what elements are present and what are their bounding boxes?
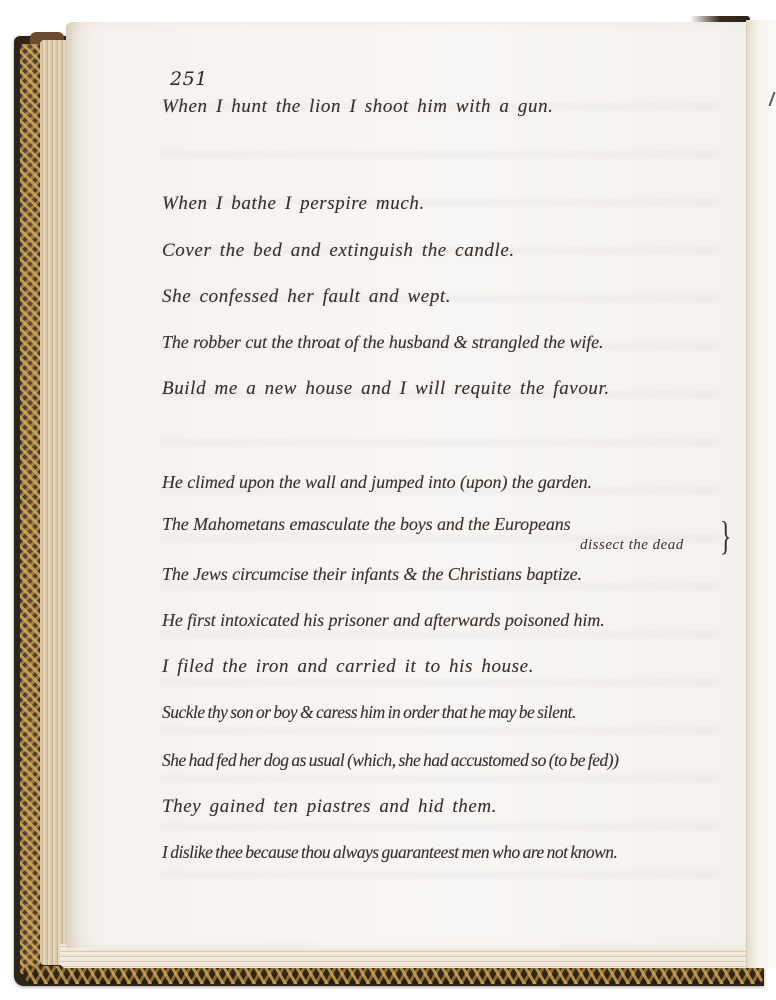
manuscript-line: When I bathe I perspire much.	[162, 193, 425, 215]
facing-page-edge	[746, 20, 776, 968]
manuscript-line: Cover the bed and extinguish the candle.	[162, 240, 515, 262]
manuscript-line: Build me a new house and I will requite …	[162, 378, 610, 400]
manuscript-line: She confessed her fault and wept.	[162, 286, 451, 308]
manuscript-line: He climed upon the wall and jumped into …	[162, 472, 592, 493]
manuscript-line: Suckle thy son or boy & caress him in or…	[162, 702, 576, 723]
gilt-bottom-edge	[24, 966, 764, 984]
manuscript-line: When I hunt the lion I shoot him with a …	[162, 96, 554, 118]
manuscript-line: I filed the iron and carried it to his h…	[162, 656, 534, 678]
manuscript-line: He first intoxicated his prisoner and af…	[162, 610, 605, 631]
manuscript-line: The robber cut the throat of the husband…	[162, 332, 603, 353]
gilt-spine-tooling	[20, 44, 40, 974]
manuscript-line: The Jews circumcise their infants & the …	[162, 564, 582, 585]
brace-mark: }	[720, 516, 732, 556]
manuscript-continuation: dissect the dead	[580, 537, 684, 554]
manuscript-line: I dislike thee because thou always guara…	[162, 842, 617, 863]
page-number: 251	[170, 68, 208, 90]
manuscript-line: The Mahometans emasculate the boys and t…	[162, 514, 571, 535]
manuscript-line: They gained ten piastres and hid them.	[162, 796, 497, 818]
manuscript-line: She had fed her dog as usual (which, she…	[162, 750, 618, 771]
